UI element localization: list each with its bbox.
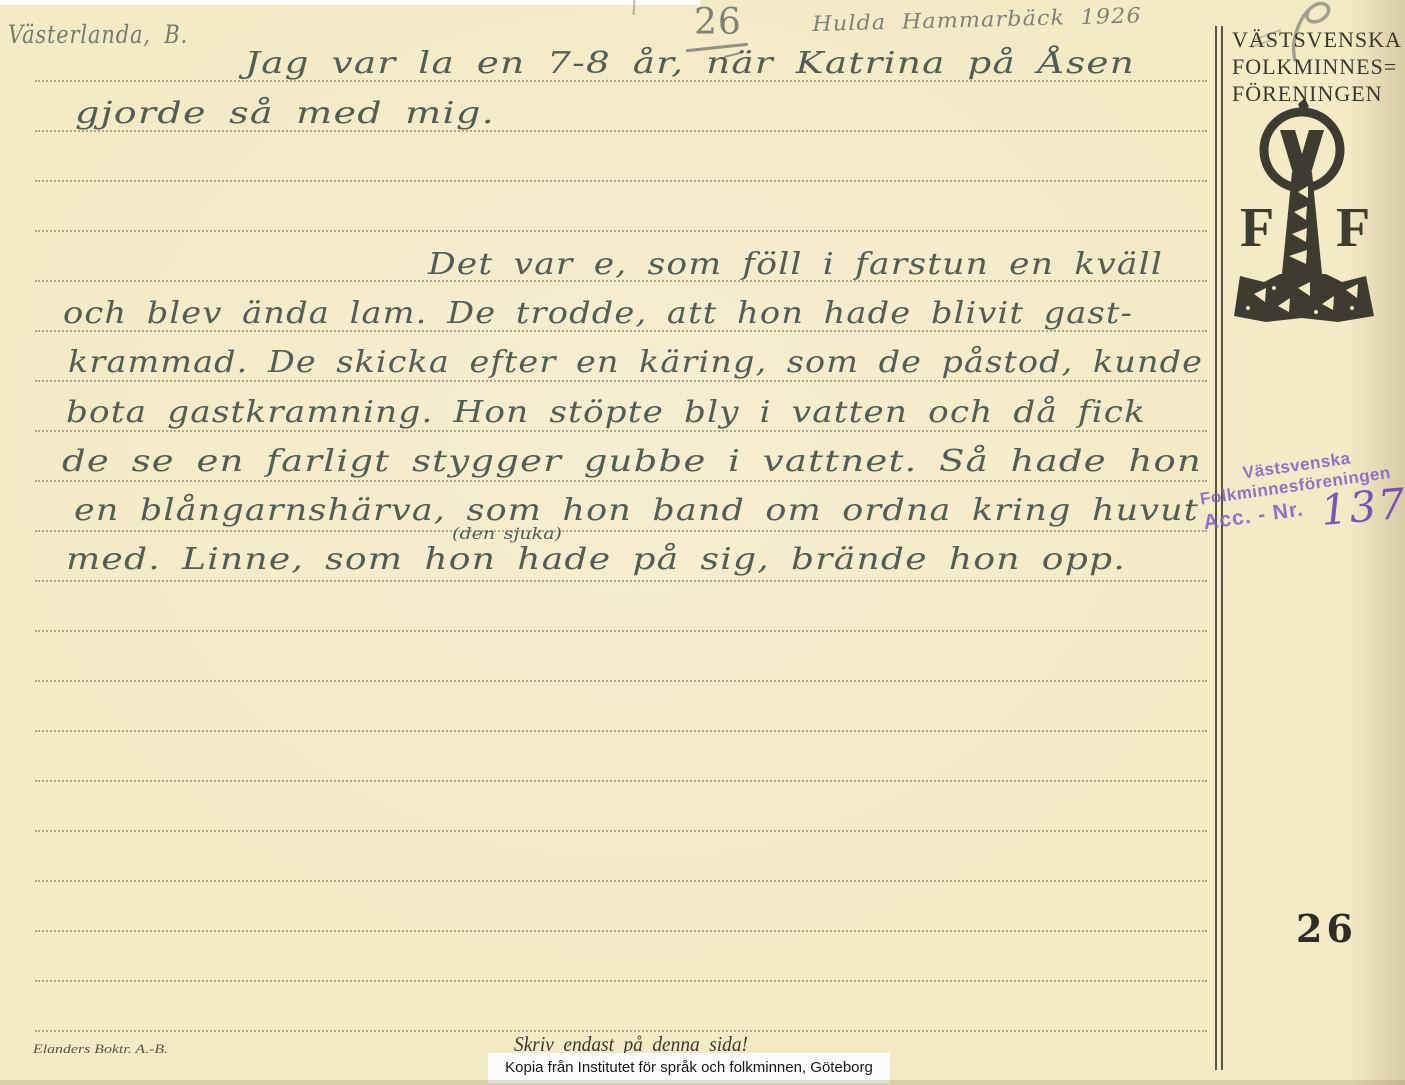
scan-edge-bottom [0,1080,1405,1085]
ruled-line [35,430,1207,432]
ruled-line [35,230,1207,232]
letterhead-line1: VÄSTSVENSKA [1232,26,1402,53]
ruled-line [35,580,1207,582]
accession-number: 1370 [1319,476,1405,535]
accession-stamp: Västsvenska Folkminnesföreningen Acc. - … [1196,440,1405,535]
interlinear-insertion: (den sjuka) [452,524,562,543]
logo-letter-f-right: F [1336,197,1370,259]
place-annotation: Västerlanda, B. [8,20,188,49]
scan-edge-top [0,0,700,5]
manuscript-line: Det var e, som föll i farstun en kväll [428,247,1163,282]
manuscript-line: bota gastkramning. Hon stöpte bly i vatt… [66,395,1146,430]
printer-imprint: Elanders Boktr. A.-B. [33,1042,168,1057]
column-divider-rule [1215,26,1223,1070]
pencil-stroke [632,0,635,15]
manuscript-line: de se en farligt stygger gubbe i vattnet… [62,444,1202,479]
letterhead-line2: FOLKMINNES= [1232,53,1402,80]
archive-caption: Kopia från Institutet för språk och folk… [488,1053,890,1083]
ruled-line [35,480,1207,482]
thors-hammer-logo: F F V [1228,98,1388,328]
ruled-line [35,730,1207,732]
ruled-line [35,530,1207,532]
printed-page-number: 26 [1296,906,1357,951]
collector-annotation: Hulda Hammarbäck 1926 [812,3,1142,36]
page-number-pencil: 26 [694,2,742,43]
ruled-line [35,780,1207,782]
manuscript-line: en blångarnshärva, som hon band om ordna… [74,493,1199,528]
logo-letter-f-left: F [1240,197,1274,259]
collector-annotation-wrap: Hulda Hammarbäck 1926 [812,4,1123,36]
ruled-line [35,630,1207,632]
ruled-line [35,680,1207,682]
manuscript-line: och blev ända lam. De trodde, att hon ha… [63,296,1133,331]
manuscript-line: Jag var la en 7-8 år, när Katrina på Åse… [245,46,1135,81]
letterhead: VÄSTSVENSKA FOLKMINNES= FÖRENINGEN [1232,26,1402,107]
ruled-line [35,980,1207,982]
manuscript-line: med. Linne, som hon hade på sig, brände … [66,542,1126,577]
manuscript-page: Västerlanda, B. 26 Hulda Hammarbäck 1926… [0,0,1405,1085]
ruled-line [35,880,1207,882]
ruled-line [35,180,1207,182]
ruled-line [35,930,1207,932]
archive-caption-bar: Kopia från Institutet för språk och folk… [488,1053,890,1083]
ruled-line [35,830,1207,832]
ruled-line [35,380,1207,382]
manuscript-line: krammad. De skicka efter en käring, som … [68,345,1203,380]
manuscript-line: gjorde så med mig. [75,96,495,131]
